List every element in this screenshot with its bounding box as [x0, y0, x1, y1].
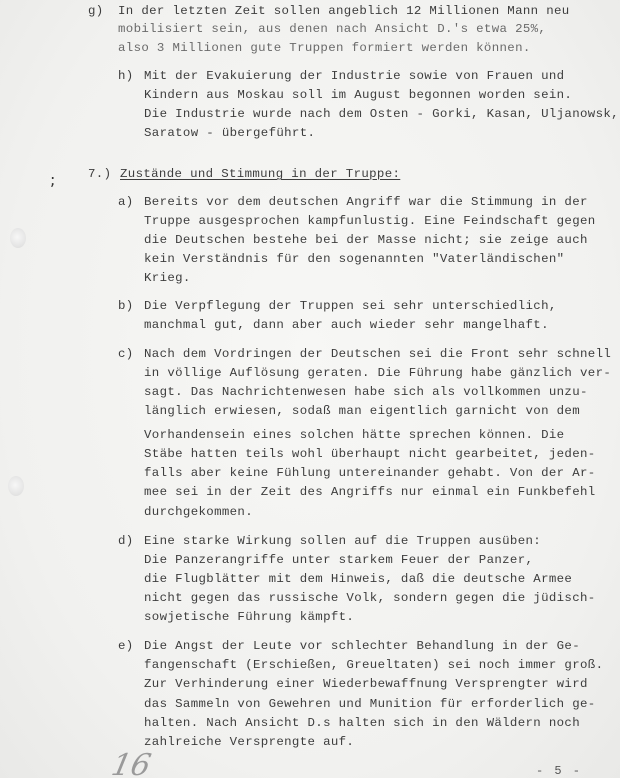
- document-page: g) In der letzten Zeit sollen angeblich …: [0, 0, 620, 778]
- item-c-line-4: länglich erwiesen, sodaß man eigentlich …: [144, 403, 580, 419]
- section-h-line-1: Mit der Evakuierung der Industrie sowie …: [144, 68, 564, 84]
- section-g-label: g): [88, 3, 104, 19]
- item-c-line-6: Stäbe hatten teils wohl überhaupt nicht …: [144, 446, 596, 462]
- item-a-line-4: kein Verständnis für den sogenannten "Va…: [144, 251, 564, 267]
- section-h-line-4: Saratow - übergeführt.: [144, 125, 315, 141]
- item-c-label: c): [118, 346, 134, 362]
- item-a-line-3: die Deutschen bestehe bei der Masse nich…: [144, 232, 588, 248]
- item-c-line-2: in völlige Auflösung geraten. Die Führun…: [144, 365, 611, 381]
- item-d-line-3: die Flugblätter mit dem Hinweis, daß die…: [144, 571, 572, 587]
- page-number: - 5 -: [536, 764, 582, 778]
- margin-mark: ;: [50, 170, 55, 189]
- item-a-line-1: Bereits vor dem deutschen Angriff war di…: [144, 194, 588, 210]
- item-e-line-2: fangenschaft (Erschießen, Greueltaten) s…: [144, 657, 603, 673]
- item-e-line-6: zahlreiche Versprengte auf.: [144, 734, 354, 750]
- item-b-line-2: manchmal gut, dann aber auch wieder sehr…: [144, 317, 549, 333]
- item-a-line-5: Krieg.: [144, 270, 191, 286]
- item-c-line-7: falls aber keine Fühlung untereinander g…: [144, 465, 596, 481]
- item-d-label: d): [118, 533, 134, 549]
- punch-hole-top: [10, 228, 26, 248]
- item-c-line-9: durchgekommen.: [144, 504, 253, 520]
- item-b-label: b): [118, 298, 134, 314]
- item-c-line-8: mee sei in der Zeit des Angriffs nur ein…: [144, 484, 596, 500]
- section-g-line-2: mobilisiert sein, aus denen nach Ansicht…: [118, 21, 546, 37]
- section-h-line-3: Die Industrie wurde nach dem Osten - Gor…: [144, 106, 619, 122]
- punch-hole-bottom: [8, 476, 24, 496]
- item-e-line-3: Zur Verhinderung einer Wiederbewaffnung …: [144, 676, 588, 692]
- section-g-line-1: In der letzten Zeit sollen angeblich 12 …: [118, 3, 570, 19]
- item-a-label: a): [118, 194, 134, 210]
- item-a-line-2: Truppe ausgesprochen kampfunlustig. Eine…: [144, 213, 596, 229]
- item-e-line-5: halten. Nach Ansicht D.s halten sich in …: [144, 715, 580, 731]
- item-c-line-1: Nach dem Vordringen der Deutschen sei di…: [144, 346, 611, 362]
- section-7-number: 7.): [88, 166, 111, 182]
- item-d-line-2: Die Panzerangriffe unter starkem Feuer d…: [144, 552, 533, 568]
- item-d-line-1: Eine starke Wirkung sollen auf die Trupp…: [144, 533, 541, 549]
- section-h-label: h): [118, 68, 134, 84]
- section-7-heading: Zustände und Stimmung in der Truppe:: [120, 166, 400, 182]
- handwritten-annotation: 16: [108, 748, 154, 778]
- item-b-line-1: Die Verpflegung der Truppen sei sehr unt…: [144, 298, 557, 314]
- item-d-line-4: nicht gegen das russische Volk, sondern …: [144, 590, 596, 606]
- item-d-line-5: sowjetische Führung kämpft.: [144, 609, 354, 625]
- section-h-line-2: Kindern aus Moskau soll im August begonn…: [144, 87, 572, 103]
- section-g-line-3: also 3 Millionen gute Truppen formiert w…: [118, 40, 531, 56]
- item-c-line-3: sagt. Das Nachrichtenwesen habe sich als…: [144, 384, 588, 400]
- item-c-line-5: Vorhandensein eines solchen hätte sprech…: [144, 427, 564, 443]
- item-e-label: e): [118, 638, 134, 654]
- item-e-line-1: Die Angst der Leute vor schlechter Behan…: [144, 638, 580, 654]
- item-e-line-4: das Sammeln von Gewehren und Munition fü…: [144, 696, 596, 712]
